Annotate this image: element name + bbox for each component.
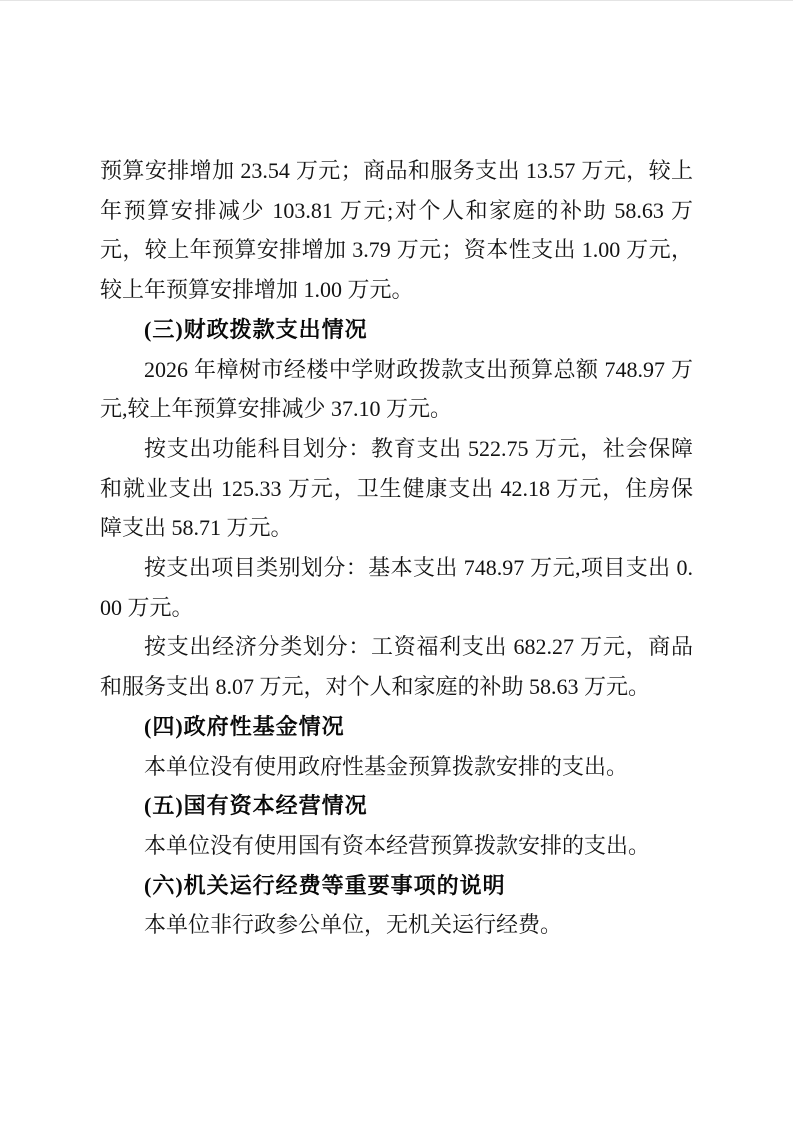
section-heading-government-fund: (四)政府性基金情况 (100, 707, 693, 747)
document-text-column: 预算安排增加 23.54 万元；商品和服务支出 13.57 万元，较上年预算安排… (100, 151, 693, 945)
paragraph-by-economic-classification: 按支出经济分类划分：工资福利支出 682.27 万元，商品和服务支出 8.07 … (100, 627, 693, 706)
section-heading-fiscal-appropriation-expenditure: (三)财政拨款支出情况 (100, 310, 693, 350)
paragraph-by-project-category: 按支出项目类别划分：基本支出 748.97 万元,项目支出 0.00 万元。 (100, 548, 693, 627)
section-heading-state-capital-operation: (五)国有资本经营情况 (100, 786, 693, 826)
paragraph-operating-expenses-statement: 本单位非行政参公单位，无机关运行经费。 (100, 905, 693, 945)
paragraph-total-fiscal-expenditure: 2026 年樟树市经楼中学财政拨款支出预算总额 748.97 万元,较上年预算安… (100, 350, 693, 429)
paragraph-state-capital-statement: 本单位没有使用国有资本经营预算拨款安排的支出。 (100, 826, 693, 866)
paragraph-government-fund-statement: 本单位没有使用政府性基金预算拨款安排的支出。 (100, 747, 693, 787)
document-page: 预算安排增加 23.54 万元；商品和服务支出 13.57 万元，较上年预算安排… (0, 0, 793, 1122)
paragraph-by-functional-category: 按支出功能科目划分：教育支出 522.75 万元，社会保障和就业支出 125.3… (100, 429, 693, 548)
section-heading-operating-expenses-notes: (六)机关运行经费等重要事项的说明 (100, 866, 693, 906)
paragraph-budget-changes-continuation: 预算安排增加 23.54 万元；商品和服务支出 13.57 万元，较上年预算安排… (100, 151, 693, 310)
